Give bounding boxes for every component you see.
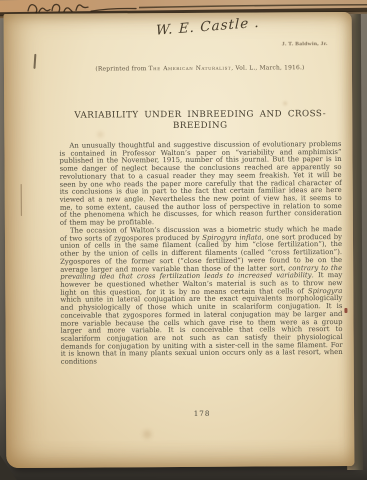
red-ink-mark	[344, 308, 347, 313]
reprint-suffix: , Vol. L., March, 1916.)	[231, 65, 304, 71]
handwritten-owner-name: W. E. Castle .	[156, 13, 286, 39]
body-paragraph: An unusually thoughtful and suggestive d…	[59, 141, 342, 228]
photo-background: W. E. Castle . J. T. Baldwin, Jr. (Repri…	[0, 0, 367, 480]
owner-stamp: J. T. Baldwin, Jr.	[282, 41, 355, 47]
body-text: An unusually thoughtful and suggestive d…	[59, 140, 341, 227]
body-paragraph: The occasion of Walton’s discussion was …	[60, 226, 343, 367]
article-body: An unusually thoughtful and suggestive d…	[59, 141, 342, 367]
journal-name: The American Naturalist	[149, 66, 232, 73]
reprint-prefix: (Reprinted from	[95, 66, 148, 72]
body-text: which unite in lateral conjugation are t…	[60, 294, 342, 365]
article-title-line1: VARIABILITY UNDER INBREEDING AND CROSS-	[59, 109, 341, 122]
ink-mark	[21, 184, 22, 216]
page-number: 178	[61, 408, 343, 419]
reprint-line: (Reprinted from The American Naturalist,…	[59, 65, 341, 73]
article-title: VARIABILITY UNDER INBREEDING AND CROSS- …	[59, 109, 341, 133]
reprint-page: W. E. Castle . J. T. Baldwin, Jr. (Repri…	[4, 12, 355, 468]
article-title-line2: BREEDING	[59, 120, 341, 133]
pencil-mark	[33, 54, 36, 69]
paper-stain	[4, 14, 6, 16]
